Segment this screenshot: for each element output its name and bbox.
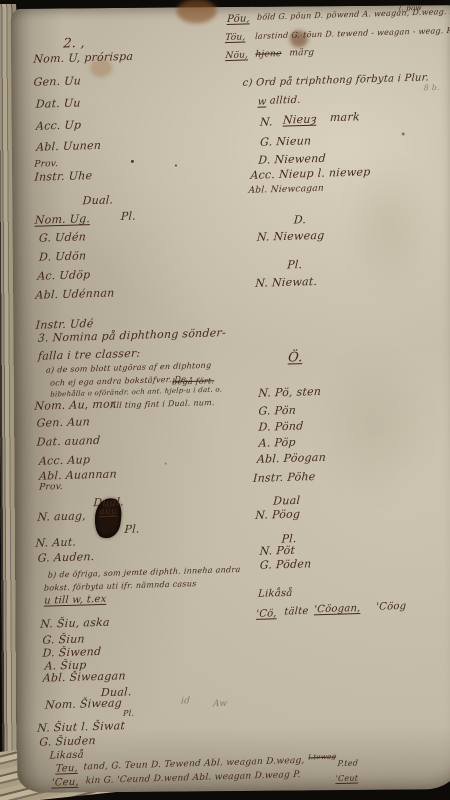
manuscript-photo: { "colors": { "background": "#0d0b08", "… [0, 0, 450, 800]
handwritten-line: N. Nieweag [257, 230, 325, 243]
handwritten-line: u till w, t.ex [44, 595, 107, 607]
handwritten-line: Pöu, [227, 14, 251, 25]
handwritten-line: Prov. [39, 483, 63, 493]
handwritten-line: Acc. Nieup l. niewep [250, 166, 371, 181]
handwritten-line: 'Cöogan, [314, 604, 361, 615]
handwritten-line: Pl. [287, 259, 303, 270]
handwritten-line: Abl. Auannan [39, 468, 118, 481]
handwritten-line: A. Pöp [258, 437, 296, 449]
section-heading: 2. , [63, 37, 85, 51]
handwritten-line: mark [330, 111, 361, 123]
handwritten-line: N. auag, [37, 510, 86, 522]
faint-mark: id [181, 697, 191, 706]
handwritten-line: och ej ega andra bokstäfver. De [50, 376, 187, 388]
handwritten-line: N. Pöt [259, 545, 295, 557]
handwritten-line: Prov. [34, 160, 58, 170]
handwritten-line: Abl. Uunen [36, 140, 102, 153]
handwritten-line: Acc. Aup [39, 454, 91, 467]
handwritten-line: Abl. Udénnan [35, 287, 115, 300]
handwritten-line: l.tewag [308, 754, 336, 762]
handwritten-line: larstind G. töun D. tewend - weagan - we… [255, 26, 450, 41]
paper-fleck [402, 133, 405, 136]
handwritten-line: Likaså [49, 751, 84, 762]
handwritten-line: Nom. Šiweag [45, 697, 123, 710]
handwritten-line: Töu, [225, 33, 246, 43]
handwritten-line: G. Nieun [260, 135, 312, 148]
handwritten-line: N. Šiut l. Šiwat [37, 720, 126, 734]
handwritten-line: P.ted [337, 759, 358, 768]
handwritten-line: märg [289, 49, 314, 59]
handwritten-line: N. Aut. [35, 537, 76, 549]
handwritten-line: G. Šiun [42, 633, 85, 645]
handwritten-line: All ting fint i Dual. num. [110, 399, 215, 410]
faint-mark: Aw [213, 700, 228, 709]
handwritten-line: Abl. Šiweagan [42, 670, 126, 683]
ink-bleed-through [314, 345, 435, 506]
paper-fleck [165, 463, 167, 465]
handwritten-line: Instr. Uhe [34, 170, 93, 183]
handwritten-line: G. Pöden [260, 558, 312, 571]
handwritten-line: bibehålla o oförändr. och ant. hjelp-u i… [50, 386, 222, 398]
paper-fleck [175, 164, 177, 166]
handwritten-line: Pl. [120, 211, 136, 222]
handwritten-line: Dat. Uu [35, 97, 81, 109]
handwritten-line: 'Ceut [335, 774, 358, 783]
handwritten-line: Pl. [124, 523, 140, 534]
handwritten-line: a) de som blott utgöras af en diphtong [46, 362, 212, 375]
handwritten-line: 'Cöog [376, 602, 407, 613]
handwritten-line: 'Ceu, [51, 778, 79, 789]
handwritten-line: N. Niewat. [255, 276, 318, 289]
section-heading: Ö. [288, 351, 303, 364]
handwritten-line: G. Auden. [37, 551, 94, 564]
handwritten-line: Ac. Udöp [37, 269, 91, 282]
handwritten-line: D. Šiwend [42, 646, 101, 659]
handwritten-line: b) de öfriga, som jemte diphth. inneha a… [48, 566, 241, 580]
handwritten-line: D. Udön [39, 250, 87, 262]
handwritten-line: Abl. Niewcagan [248, 185, 324, 196]
handwritten-line: D. Niewend [258, 153, 326, 166]
handwritten-line: Abl. Pöogan [257, 452, 327, 465]
handwritten-line: N. Pöog [255, 508, 301, 520]
handwritten-line: Dual. [82, 194, 113, 206]
handwritten-line: hjene [255, 50, 282, 60]
handwritten-line: falla i tre classer: [38, 348, 141, 362]
paper-fleck [131, 160, 134, 163]
handwritten-line: w [257, 98, 266, 108]
handwritten-line: N. [260, 116, 274, 127]
manuscript-page: 2. , Nom. U, prórispa Gen. Uu Dat. Uu Ac… [11, 5, 450, 793]
paper-stain [177, 0, 217, 23]
handwritten-line: kin G. 'Ceund D.wend Abl. weagan D.weag … [85, 771, 301, 786]
handwritten-line: Nom. U, prórispa [33, 51, 133, 65]
handwritten-line: Pl. [123, 710, 135, 718]
handwritten-line: N. Šiu, aska [40, 617, 110, 630]
faint-mark: 8 b. [423, 84, 440, 93]
handwritten-line: böld G. pöun D. pöwend A. weagan, D.weag… [257, 7, 450, 21]
handwritten-line: D. Pönd [258, 420, 303, 432]
handwritten-line: Nom. Au, mor [34, 398, 116, 411]
handwritten-line: N. Pö, sten [258, 386, 322, 399]
handwritten-line: Nom. Ug. [34, 213, 90, 226]
handwritten-line: Instr. Udé [35, 318, 93, 331]
handwritten-line: Nöu, [225, 51, 248, 61]
handwritten-line: Teu, [55, 764, 78, 775]
handwritten-line: Dat. auand [36, 435, 100, 448]
handwritten-line: G. Pön [258, 405, 296, 417]
handwritten-line: Instr. Pöhe [253, 471, 316, 484]
handwritten-line: alltid. [269, 96, 300, 107]
handwritten-line: Acc. Up [36, 119, 82, 131]
handwritten-line: G. Šiuden [39, 735, 96, 748]
handwritten-line: Gen. Aun [36, 416, 90, 429]
handwritten-line: aŭy. [99, 508, 118, 518]
handwritten-line: Likåså [258, 589, 293, 600]
handwritten-line: Dual [273, 495, 301, 507]
handwritten-line: tälte [284, 607, 309, 618]
handwritten-line: D. [293, 214, 306, 225]
handwritten-line: 'Cö, [256, 609, 277, 620]
handwritten-line: Nieuȝ [283, 114, 317, 126]
handwritten-line: bokst. förbyta uti ifr. nämnda casus [44, 580, 197, 593]
handwritten-line: G. Udén [39, 231, 87, 243]
handwritten-line: Gen. Uu [33, 75, 81, 87]
section-heading: c) Ord på triphthong förbyta i Plur. [242, 73, 429, 89]
